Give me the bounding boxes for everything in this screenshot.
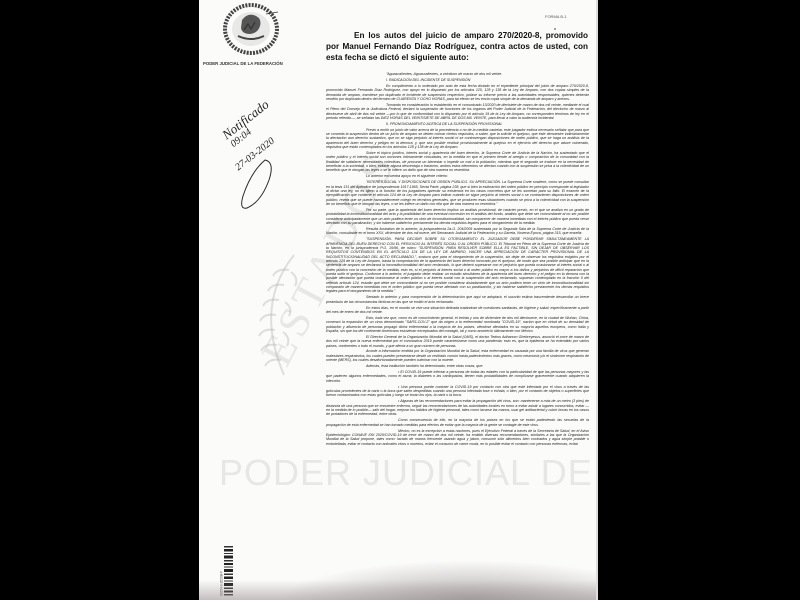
paragraph: II. PRONUNCIAMIENTO ACERCA DE LA SUSPENS… [326, 122, 589, 126]
paragraph: Además, ésta institución también ha dete… [326, 364, 589, 368]
paragraph: Como consecuencia de ello, en la mayoría… [326, 418, 589, 427]
paragraph: • El COVID-19 puede infectar a personas … [326, 370, 589, 383]
paragraph: Sentado lo anterior y para comprensión d… [326, 295, 589, 304]
mexican-coat-of-arms-icon [220, 2, 282, 56]
paragraph: El Director General de la Organización M… [326, 335, 589, 348]
paragraph: Previo a emitir un juicio de valor acerc… [326, 128, 589, 150]
paragraph: En cumplimiento a lo ordenado por auto d… [326, 84, 589, 101]
form-code: FORMA B-1 [545, 14, 567, 19]
paragraph: • Una persona puede contraer la COVID-19… [326, 385, 589, 398]
page-edge [596, 0, 598, 600]
laurel-wreath-watermark-icon [239, 250, 309, 380]
paragraph: Tomando en consideración lo establecido … [326, 103, 589, 120]
paragraph: Lo anterior encuentra apoyo en el siguie… [326, 174, 589, 178]
paragraph: En estos días, en el mundo se vive una s… [326, 306, 589, 315]
paragraph: Sobre el tópico jurídico, interés social… [326, 151, 589, 173]
paragraph: Por su parte, que la apariencia del buen… [326, 208, 589, 225]
paragraph: México, no es la excepción a estas nacio… [326, 429, 589, 446]
page-bottom-shadow [199, 580, 598, 600]
emblem-label: PODER JUDICIAL DE LA FEDERACIÓN [203, 61, 303, 66]
paragraph: I. RADICACIÓN DEL INCIDENTE DE SUSPENSIÓ… [326, 78, 589, 82]
paragraph: Acorde a información emitida por la Orga… [326, 349, 589, 362]
paragraph: Resulta ilustrativo de lo anterior, la j… [326, 227, 589, 236]
paragraph: "SUSPENSIÓN. PARA DECIDIR SOBRE SU OTORG… [326, 237, 589, 293]
paragraph: "INTERÉS SOCIAL Y DISPOSICIONES DE ORDEN… [326, 180, 589, 206]
watermark-poder-judicial: PODER JUDICIAL DE LA FEDERACIÓN [219, 452, 598, 494]
notification-heading: En los autos del juicio de amparo 270/20… [326, 30, 588, 63]
resolution-body-text: "Aguascalientes, Aguascalientes, a veint… [326, 72, 589, 447]
paragraph: Esto, toda vez que, como es de conocimie… [326, 316, 589, 333]
handwritten-notification-stamp: Notificado 09:04 27-03-2020 [213, 92, 303, 222]
document-page: PODER JUDICIAL DE LA FEDERACIÓN FORMA B-… [199, 0, 598, 600]
paragraph: • Algunas de las recomendaciones para ev… [326, 399, 589, 416]
paragraph: "Aguascalientes, Aguascalientes, a veint… [326, 72, 589, 76]
